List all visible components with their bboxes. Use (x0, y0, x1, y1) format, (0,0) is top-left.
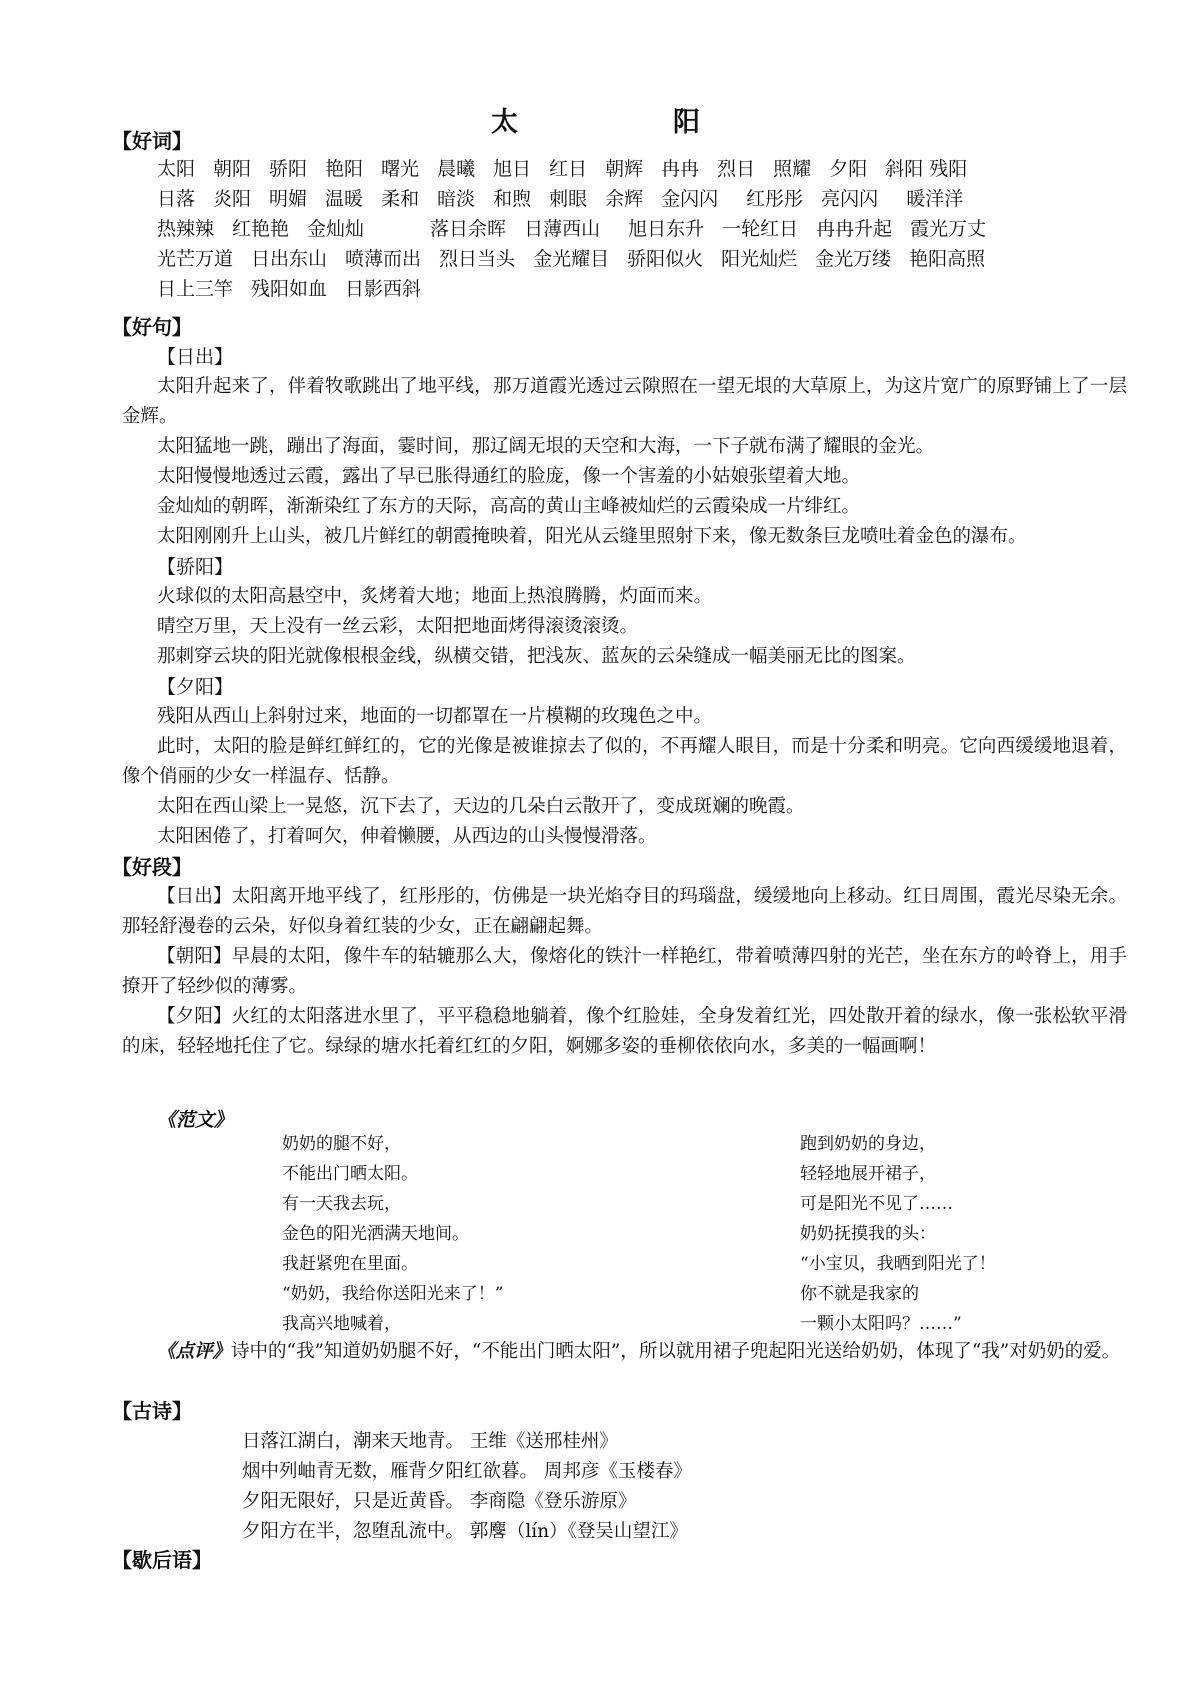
poem-left-column: 奶奶的腿不好， 不能出门晒太阳。 有一天我去玩， 金色的阳光洒满天地间。 我赶紧… (282, 1129, 503, 1339)
word: 艳阳高照 (909, 244, 985, 274)
subheading-blazing-sun: 【骄阳】 (157, 553, 233, 581)
section-heading-xiehouyu: 【歇后语】 (112, 1546, 212, 1574)
poem-line: 我赶紧兜在里面。 (282, 1249, 503, 1279)
word: 日上三竿 (157, 274, 233, 304)
word-row: 日落炎阳明媚温暖柔和暗淡和煦刺眼余辉金闪闪红彤彤亮闪闪暖洋洋 (157, 184, 1004, 214)
poem-line: 我高兴地喊着， (282, 1309, 503, 1339)
poem-line: 可是阳光不见了…… (800, 1189, 996, 1219)
word: 明媚 (269, 184, 307, 214)
word: 太阳 (157, 154, 195, 184)
comment: 《点评》诗中的“我”知道奶奶腿不好，“不能出门晒太阳”，所以就用裙子兜起阳光送给… (122, 1337, 1127, 1367)
word: 温暖 (325, 184, 363, 214)
word: 热辣辣 (157, 214, 214, 244)
word: 金灿灿 (307, 214, 364, 244)
sentence: 晴空万里，天上没有一丝云彩，太阳把地面烤得滚烫滚烫。 (122, 612, 1127, 642)
word-row: 热辣辣红艳艳金灿灿落日余晖日薄西山旭日东升一轮红日冉冉升起霞光万丈 (157, 214, 1004, 244)
sentence: 那刺穿云块的阳光就像根根金线，纵横交错，把浅灰、蓝灰的云朵缝成一幅美丽无比的图案… (122, 642, 1127, 672)
word: 余辉 (605, 184, 643, 214)
sentence: 太阳困倦了，打着呵欠，伸着懒腰，从西边的山头慢慢滑落。 (122, 822, 1127, 852)
word: 残阳 (929, 154, 967, 184)
sentence: 太阳在西山梁上一晃悠，沉下去了，天边的几朵白云散开了，变成斑斓的晚霞。 (122, 792, 1127, 822)
poem-line: “奶奶，我给你送阳光来了！” (282, 1279, 503, 1309)
word: 红日 (549, 154, 587, 184)
word-row: 光芒万道日出东山喷薄而出烈日当头金光耀目骄阳似火阳光灿烂金光万缕艳阳高照 (157, 244, 1004, 274)
word: 光芒万道 (157, 244, 233, 274)
sentence: 火球似的太阳高悬空中，炙烤着大地；地面上热浪腾腾，灼面而来。 (122, 582, 1127, 612)
poem-line: “小宝贝，我晒到阳光了！ (800, 1249, 996, 1279)
word-row: 太阳朝阳骄阳艳阳曙光晨曦旭日红日朝辉冉冉烈日照耀夕阳斜阳残阳 (157, 154, 1004, 184)
word: 艳阳 (325, 154, 363, 184)
paragraph: 【夕阳】火红的太阳落进水里了，平平稳稳地躺着，像个红脸娃，全身发着红光，四处散开… (122, 1002, 1127, 1062)
word: 暖洋洋 (906, 184, 963, 214)
poem-right-column: 跑到奶奶的身边， 轻轻地展开裙子， 可是阳光不见了…… 奶奶抚摸我的头： “小宝… (800, 1129, 996, 1339)
document-page: 太阳 【好词】 太阳朝阳骄阳艳阳曙光晨曦旭日红日朝辉冉冉烈日照耀夕阳斜阳残阳 日… (0, 0, 1191, 1684)
comment-text: 诗中的“我”知道奶奶腿不好，“不能出门晒太阳”，所以就用裙子兜起阳光送给奶奶，体… (231, 1341, 1120, 1362)
word: 斜阳 (885, 154, 923, 184)
poem-line: 有一天我去玩， (282, 1189, 503, 1219)
sentence: 此时，太阳的脸是鲜红鲜红的，它的光像是被谁掠去了似的，不再耀人眼目，而是十分柔和… (122, 732, 1127, 792)
word: 烈日 (717, 154, 755, 184)
ancient-poem-list: 日落江湖白，潮来天地青。 王维《送邢桂州》 烟中列岫青无数，雁背夕阳红欲暮。 周… (242, 1427, 692, 1547)
word: 喷薄而出 (345, 244, 421, 274)
word: 夕阳 (829, 154, 867, 184)
word: 曙光 (381, 154, 419, 184)
word: 日落 (157, 184, 195, 214)
word: 日影西斜 (345, 274, 421, 304)
sentence: 太阳慢慢地透过云霞，露出了早已胀得通红的脸庞，像一个害羞的小姑娘张望着大地。 (122, 462, 1127, 492)
poem-line: 奶奶的腿不好， (282, 1129, 503, 1159)
word: 阳光灿烂 (721, 244, 797, 274)
poem-line: 奶奶抚摸我的头： (800, 1219, 996, 1249)
word: 朝阳 (213, 154, 251, 184)
word: 日薄西山 (524, 214, 600, 244)
word: 旭日 (493, 154, 531, 184)
paragraph: 【朝阳】早晨的太阳，像牛车的轱辘那么大，像熔化的铁汁一样艳红，带着喷薄四射的光芒… (122, 942, 1127, 1002)
ancient-poem-line: 夕阳无限好，只是近黄昏。 李商隐《登乐游原》 (242, 1487, 692, 1517)
word: 金闪闪 (661, 184, 718, 214)
model-essay-heading: 《范文》 (157, 1106, 233, 1134)
word: 一轮红日 (722, 214, 798, 244)
word: 朝辉 (605, 154, 643, 184)
ancient-poem-line: 夕阳方在半，忽堕乱流中。 郭麐（lín）《登吴山望江》 (242, 1517, 692, 1547)
section-heading-good-sentences: 【好句】 (112, 313, 192, 341)
sentence: 金灿灿的朝晖，渐渐染红了东方的天际，高高的黄山主峰被灿烂的云霞染成一片绯红。 (122, 492, 1127, 522)
word: 晨曦 (437, 154, 475, 184)
poem-line: 一颗小太阳吗？……” (800, 1309, 996, 1339)
word: 冉冉 (661, 154, 699, 184)
word: 照耀 (773, 154, 811, 184)
word: 旭日东升 (628, 214, 704, 244)
comment-label: 《点评》 (157, 1341, 231, 1362)
word: 炎阳 (213, 184, 251, 214)
section-heading-good-paragraphs: 【好段】 (112, 853, 192, 881)
word: 红彤彤 (746, 184, 803, 214)
sentence: 太阳猛地一跳，蹦出了海面，霎时间，那辽阔无垠的天空和大海，一下子就布满了耀眼的金… (122, 432, 1127, 462)
word: 金光万缕 (815, 244, 891, 274)
poem-line: 金色的阳光洒满天地间。 (282, 1219, 503, 1249)
section-heading-ancient-poems: 【古诗】 (112, 1397, 192, 1425)
word: 和煦 (493, 184, 531, 214)
poem-line: 跑到奶奶的身边， (800, 1129, 996, 1159)
word: 暗淡 (437, 184, 475, 214)
good-words-list: 太阳朝阳骄阳艳阳曙光晨曦旭日红日朝辉冉冉烈日照耀夕阳斜阳残阳 日落炎阳明媚温暖柔… (157, 154, 1004, 304)
poem-line: 轻轻地展开裙子， (800, 1159, 996, 1189)
word: 金光耀目 (533, 244, 609, 274)
word: 刺眼 (549, 184, 587, 214)
word-row: 日上三竿残阳如血日影西斜 (157, 274, 1004, 304)
title-char-1: 太 (491, 100, 518, 139)
word: 骄阳似火 (627, 244, 703, 274)
poem-line: 不能出门晒太阳。 (282, 1159, 503, 1189)
ancient-poem-line: 烟中列岫青无数，雁背夕阳红欲暮。 周邦彦《玉楼春》 (242, 1457, 692, 1487)
word: 红艳艳 (232, 214, 289, 244)
ancient-poem-line: 日落江湖白，潮来天地青。 王维《送邢桂州》 (242, 1427, 692, 1457)
title-char-2: 阳 (673, 100, 700, 139)
poem-line: 你不就是我家的 (800, 1279, 996, 1309)
sentence: 太阳升起来了，伴着牧歌跳出了地平线，那万道霞光透过云隙照在一望无垠的大草原上，为… (122, 372, 1127, 432)
subheading-sunset: 【夕阳】 (157, 673, 233, 701)
word: 烈日当头 (439, 244, 515, 274)
word: 骄阳 (269, 154, 307, 184)
word: 落日余晖 (430, 214, 506, 244)
sentence: 太阳刚刚升上山头，被几片鲜红的朝霞掩映着，阳光从云缝里照射下来，像无数条巨龙喷吐… (122, 522, 1127, 552)
word: 亮闪闪 (821, 184, 878, 214)
word: 霞光万丈 (910, 214, 986, 244)
subheading-sunrise: 【日出】 (157, 343, 233, 371)
word: 残阳如血 (251, 274, 327, 304)
word: 冉冉升起 (816, 214, 892, 244)
sentence: 残阳从西山上斜射过来，地面的一切都罩在一片模糊的玫瑰色之中。 (122, 702, 1127, 732)
word: 柔和 (381, 184, 419, 214)
paragraph: 【日出】太阳离开地平线了，红彤彤的，仿佛是一块光焰夺目的玛瑙盘，缓缓地向上移动。… (122, 882, 1127, 942)
word: 日出东山 (251, 244, 327, 274)
section-heading-good-words: 【好词】 (112, 127, 192, 155)
